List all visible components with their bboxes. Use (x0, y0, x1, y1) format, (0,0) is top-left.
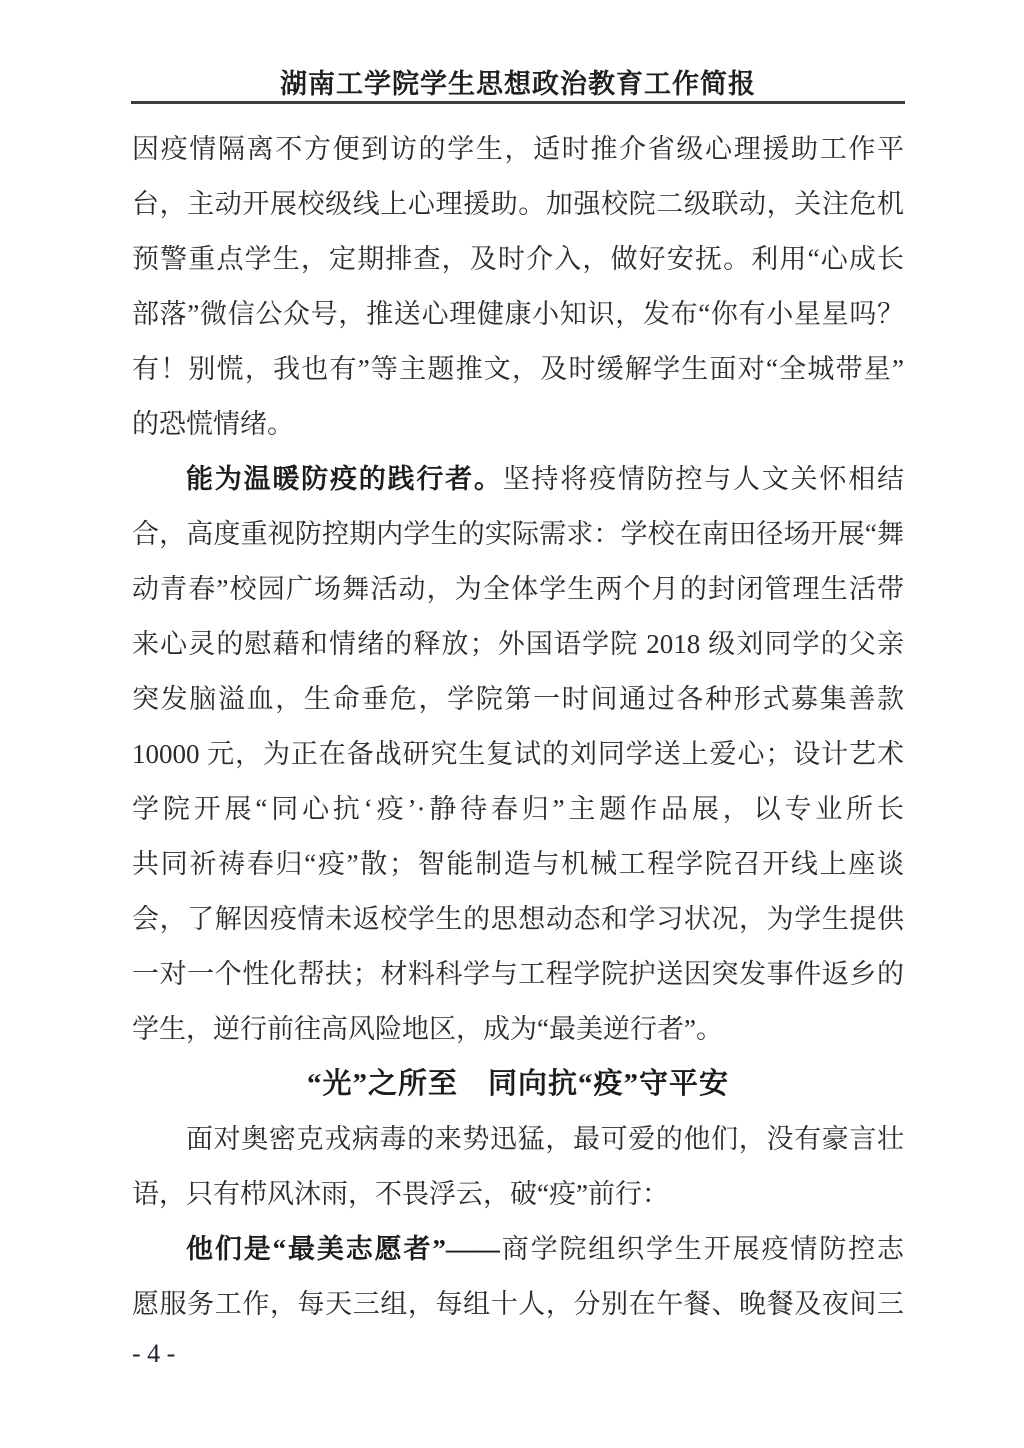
bold-text-segment: “光”之所至 同向抗“疫”守平安 (307, 1068, 729, 1100)
text-line: 合，高度重视防控期内学生的实际需求：学校在南田径场开展“舞 (132, 507, 904, 562)
text-line: 能为温暖防疫的践行者。坚持将疫情防控与人文关怀相结 (132, 452, 904, 507)
text-segment: 学生，逆行前往高风险地区，成为“最美逆行者”。 (132, 1014, 723, 1044)
text-segment: 预警重点学生，定期排查，及时介入，做好安抚。利用“心成长 (132, 244, 904, 274)
text-line: 愿服务工作，每天三组，每组十人，分别在午餐、晚餐及夜间三 (132, 1277, 904, 1332)
text-line: 预警重点学生，定期排查，及时介入，做好安抚。利用“心成长 (132, 232, 904, 287)
bold-text-segment: 他们是“最美志愿者”—— (186, 1234, 500, 1264)
text-segment: 来心灵的慰藉和情绪的释放；外国语学院 2018 级刘同学的父亲 (132, 629, 904, 659)
text-segment: 商学院组织学生开展疫情防控志 (500, 1234, 904, 1264)
text-segment: 语，只有栉风沐雨，不畏浮云，破“疫”前行： (132, 1179, 669, 1209)
text-line: 动青春”校园广场舞活动，为全体学生两个月的封闭管理生活带 (132, 562, 904, 617)
text-line: 面对奥密克戎病毒的来势迅猛，最可爱的他们，没有豪言壮 (132, 1112, 904, 1167)
text-segment: 10000 元，为正在备战研究生复试的刘同学送上爱心；设计艺术 (132, 739, 904, 769)
document-header-title: 湖南工学院学生思想政治教育工作简报 (132, 66, 904, 102)
text-line: 共同祈祷春归“疫”散；智能制造与机械工程学院召开线上座谈 (132, 837, 904, 892)
text-segment: 台，主动开展校级线上心理援助。加强校院二级联动，关注危机 (132, 189, 904, 219)
body-text: 因疫情隔离不方便到访的学生，适时推介省级心理援助工作平台，主动开展校级线上心理援… (132, 122, 904, 1332)
text-line: 他们是“最美志愿者”——商学院组织学生开展疫情防控志 (132, 1222, 904, 1277)
text-segment: 坚持将疫情防控与人文关怀相结 (503, 464, 904, 494)
text-line: 因疫情隔离不方便到访的学生，适时推介省级心理援助工作平 (132, 122, 904, 177)
page-number: - 4 - (132, 1334, 175, 1374)
text-segment: 会，了解因疫情未返校学生的思想动态和学习状况，为学生提供 (132, 904, 904, 934)
text-line: 的恐慌情绪。 (132, 397, 904, 452)
document-page: 湖南工学院学生思想政治教育工作简报 因疫情隔离不方便到访的学生，适时推介省级心理… (0, 0, 1024, 1448)
text-segment: 动青春”校园广场舞活动，为全体学生两个月的封闭管理生活带 (132, 574, 904, 604)
text-segment: 部落”微信公众号，推送心理健康小知识，发布“你有小星星吗？ (132, 299, 904, 329)
text-segment: 突发脑溢血，生命垂危，学院第一时间通过各种形式募集善款 (132, 684, 904, 714)
text-segment: 因疫情隔离不方便到访的学生，适时推介省级心理援助工作平 (132, 134, 904, 164)
text-line: 台，主动开展校级线上心理援助。加强校院二级联动，关注危机 (132, 177, 904, 232)
text-line: 学生，逆行前往高风险地区，成为“最美逆行者”。 (132, 1002, 904, 1057)
bold-text-segment: 能为温暖防疫的践行者。 (186, 464, 503, 494)
text-segment: 学院开展“同心抗‘疫’·静待春归”主题作品展，以专业所长 (132, 794, 904, 824)
text-segment: 的恐慌情绪。 (132, 409, 294, 439)
text-segment: 面对奥密克戎病毒的来势迅猛，最可爱的他们，没有豪言壮 (186, 1124, 904, 1154)
text-segment: 愿服务工作，每天三组，每组十人，分别在午餐、晚餐及夜间三 (132, 1289, 904, 1319)
header-divider-rule (131, 101, 905, 104)
text-line: 部落”微信公众号，推送心理健康小知识，发布“你有小星星吗？ (132, 287, 904, 342)
text-line: 会，了解因疫情未返校学生的思想动态和学习状况，为学生提供 (132, 892, 904, 947)
text-line: 来心灵的慰藉和情绪的释放；外国语学院 2018 级刘同学的父亲 (132, 617, 904, 672)
text-line: 语，只有栉风沐雨，不畏浮云，破“疫”前行： (132, 1167, 904, 1222)
text-line: 10000 元，为正在备战研究生复试的刘同学送上爱心；设计艺术 (132, 727, 904, 782)
text-segment: 一对一个性化帮扶；材料科学与工程学院护送因突发事件返乡的 (132, 959, 904, 989)
text-line: 一对一个性化帮扶；材料科学与工程学院护送因突发事件返乡的 (132, 947, 904, 1002)
text-line: 学院开展“同心抗‘疫’·静待春归”主题作品展，以专业所长 (132, 782, 904, 837)
section-heading: “光”之所至 同向抗“疫”守平安 (132, 1057, 904, 1112)
text-line: 突发脑溢血，生命垂危，学院第一时间通过各种形式募集善款 (132, 672, 904, 727)
text-segment: 合，高度重视防控期内学生的实际需求：学校在南田径场开展“舞 (132, 519, 904, 549)
text-line: 有！别慌，我也有”等主题推文，及时缓解学生面对“全城带星” (132, 342, 904, 397)
text-segment: 共同祈祷春归“疫”散；智能制造与机械工程学院召开线上座谈 (132, 849, 904, 879)
text-segment: 有！别慌，我也有”等主题推文，及时缓解学生面对“全城带星” (132, 354, 904, 384)
